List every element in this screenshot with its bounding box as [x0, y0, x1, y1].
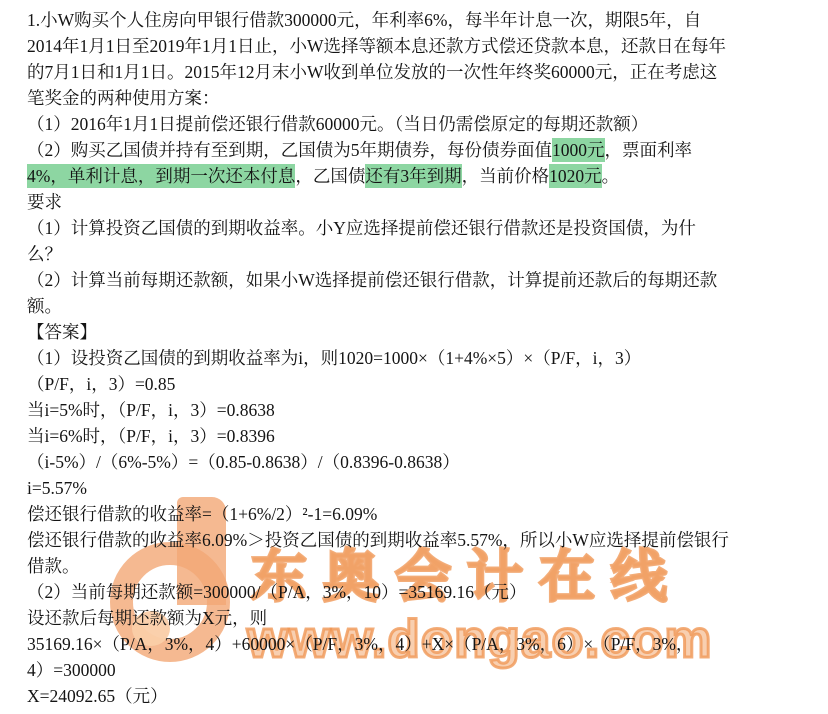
highlighted-value: 1000元 [552, 138, 605, 162]
text-line: （1）计算投资乙国债的到期收益率。小Y应选择提前偿还银行借款还是投资国债，为什 [27, 215, 808, 241]
text-segment: ，当前价格 [462, 166, 550, 186]
text-segment: 1.小W购买个人住房向甲银行借款300000元，年利率6%，每半年计息一次，期限… [27, 10, 701, 30]
text-segment: （P/F，i，3）=0.85 [27, 374, 175, 394]
text-segment: 当i=6%时，（P/F，i，3）=0.8396 [27, 426, 275, 446]
text-line: （1）2016年1月1日提前偿还银行借款60000元。（当日仍需偿原定的每期还款… [27, 111, 808, 137]
text-line: 么？ [27, 241, 808, 267]
text-segment: ，乙国债 [295, 166, 365, 186]
text-line: 【答案】 [27, 319, 808, 345]
text-segment: 设还款后每期还款额为X元，则 [27, 608, 267, 628]
text-line: 借款。 [27, 553, 808, 579]
text-line: （1）设投资乙国债的到期收益率为i，则1020=1000×（1+4%×5）×（P… [27, 345, 808, 371]
highlighted-value: 4%，单利计息，到期一次还本付息 [27, 164, 295, 188]
text-line: X=24092.65（元） [27, 683, 808, 709]
text-segment: 。 [602, 166, 620, 186]
text-line: 设还款后每期还款额为X元，则 [27, 605, 808, 631]
text-segment: 的7月1日和1月1日。2015年12月末小W收到单位发放的一次性年终奖60000… [27, 62, 717, 82]
text-line: 偿还银行借款的收益率=（1+6%/2）²-1=6.09% [27, 501, 808, 527]
text-segment: （1）2016年1月1日提前偿还银行借款60000元。（当日仍需偿原定的每期还款… [27, 114, 648, 134]
text-segment: 35169.16×（P/A，3%，4）+60000×（P/F，3%，4）+X×（… [27, 634, 693, 654]
document-content: 1.小W购买个人住房向甲银行借款300000元，年利率6%，每半年计息一次，期限… [0, 0, 828, 709]
text-line: 4%，单利计息，到期一次还本付息，乙国债还有3年到期，当前价格1020元。 [27, 163, 808, 189]
document-page: 东奥会计在线 www.dongao.com 1.小W购买个人住房向甲银行借款30… [0, 0, 828, 714]
text-segment: 要求 [27, 192, 62, 212]
text-line: 偿还银行借款的收益率6.09%＞投资乙国债的到期收益率5.57%，所以小W应选择… [27, 527, 808, 553]
text-line: （2）购买乙国债并持有至到期，乙国债为5年期债券，每份债券面值1000元，票面利… [27, 137, 808, 163]
text-segment: （2）购买乙国债并持有至到期，乙国债为5年期债券，每份债券面值 [27, 140, 552, 160]
text-segment: ，票面利率 [605, 140, 693, 160]
text-segment: 当i=5%时，（P/F，i，3）=0.8638 [27, 400, 275, 420]
text-segment: 偿还银行借款的收益率=（1+6%/2）²-1=6.09% [27, 504, 377, 524]
text-segment: 4）=300000 [27, 660, 116, 680]
text-segment: i=5.57% [27, 478, 87, 498]
text-segment: （1）设投资乙国债的到期收益率为i，则1020=1000×（1+4%×5）×（P… [27, 348, 641, 368]
text-line: （2）当前每期还款额=300000/（P/A，3%，10）=35169.16（元… [27, 579, 808, 605]
text-line: i=5.57% [27, 475, 808, 501]
text-line: 的7月1日和1月1日。2015年12月末小W收到单位发放的一次性年终奖60000… [27, 59, 808, 85]
text-segment: 笔奖金的两种使用方案： [27, 88, 220, 108]
text-segment: 偿还银行借款的收益率6.09%＞投资乙国债的到期收益率5.57%，所以小W应选择… [27, 530, 729, 550]
text-line: 4）=300000 [27, 657, 808, 683]
text-segment: （2）当前每期还款额=300000/（P/A，3%，10）=35169.16（元… [27, 582, 527, 602]
text-line: 1.小W购买个人住房向甲银行借款300000元，年利率6%，每半年计息一次，期限… [27, 7, 808, 33]
text-segment: 么？ [27, 244, 62, 264]
text-line: 额。 [27, 293, 808, 319]
text-line: （i-5%）/（6%-5%）=（0.85-0.8638）/（0.8396-0.8… [27, 449, 808, 475]
text-line: 当i=5%时，（P/F，i，3）=0.8638 [27, 397, 808, 423]
text-segment: 2014年1月1日至2019年1月1日止，小W选择等额本息还款方式偿还贷款本息，… [27, 36, 726, 56]
text-line: （P/F，i，3）=0.85 [27, 371, 808, 397]
text-segment: （2）计算当前每期还款额，如果小W选择提前偿还银行借款，计算提前还款后的每期还款 [27, 270, 717, 290]
text-line: 35169.16×（P/A，3%，4）+60000×（P/F，3%，4）+X×（… [27, 631, 808, 657]
text-line: 当i=6%时，（P/F，i，3）=0.8396 [27, 423, 808, 449]
text-segment: （i-5%）/（6%-5%）=（0.85-0.8638）/（0.8396-0.8… [27, 452, 460, 472]
text-line: 要求 [27, 189, 808, 215]
text-segment: 【答案】 [27, 322, 97, 342]
highlighted-value: 1020元 [549, 164, 602, 188]
text-line: 2014年1月1日至2019年1月1日止，小W选择等额本息还款方式偿还贷款本息，… [27, 33, 808, 59]
text-segment: 额。 [27, 296, 62, 316]
text-segment: （1）计算投资乙国债的到期收益率。小Y应选择提前偿还银行借款还是投资国债，为什 [27, 218, 696, 238]
text-line: 笔奖金的两种使用方案： [27, 85, 808, 111]
text-line: （2）计算当前每期还款额，如果小W选择提前偿还银行借款，计算提前还款后的每期还款 [27, 267, 808, 293]
highlighted-value: 还有3年到期 [365, 164, 461, 188]
text-segment: 借款。 [27, 556, 80, 576]
text-segment: X=24092.65（元） [27, 686, 168, 706]
